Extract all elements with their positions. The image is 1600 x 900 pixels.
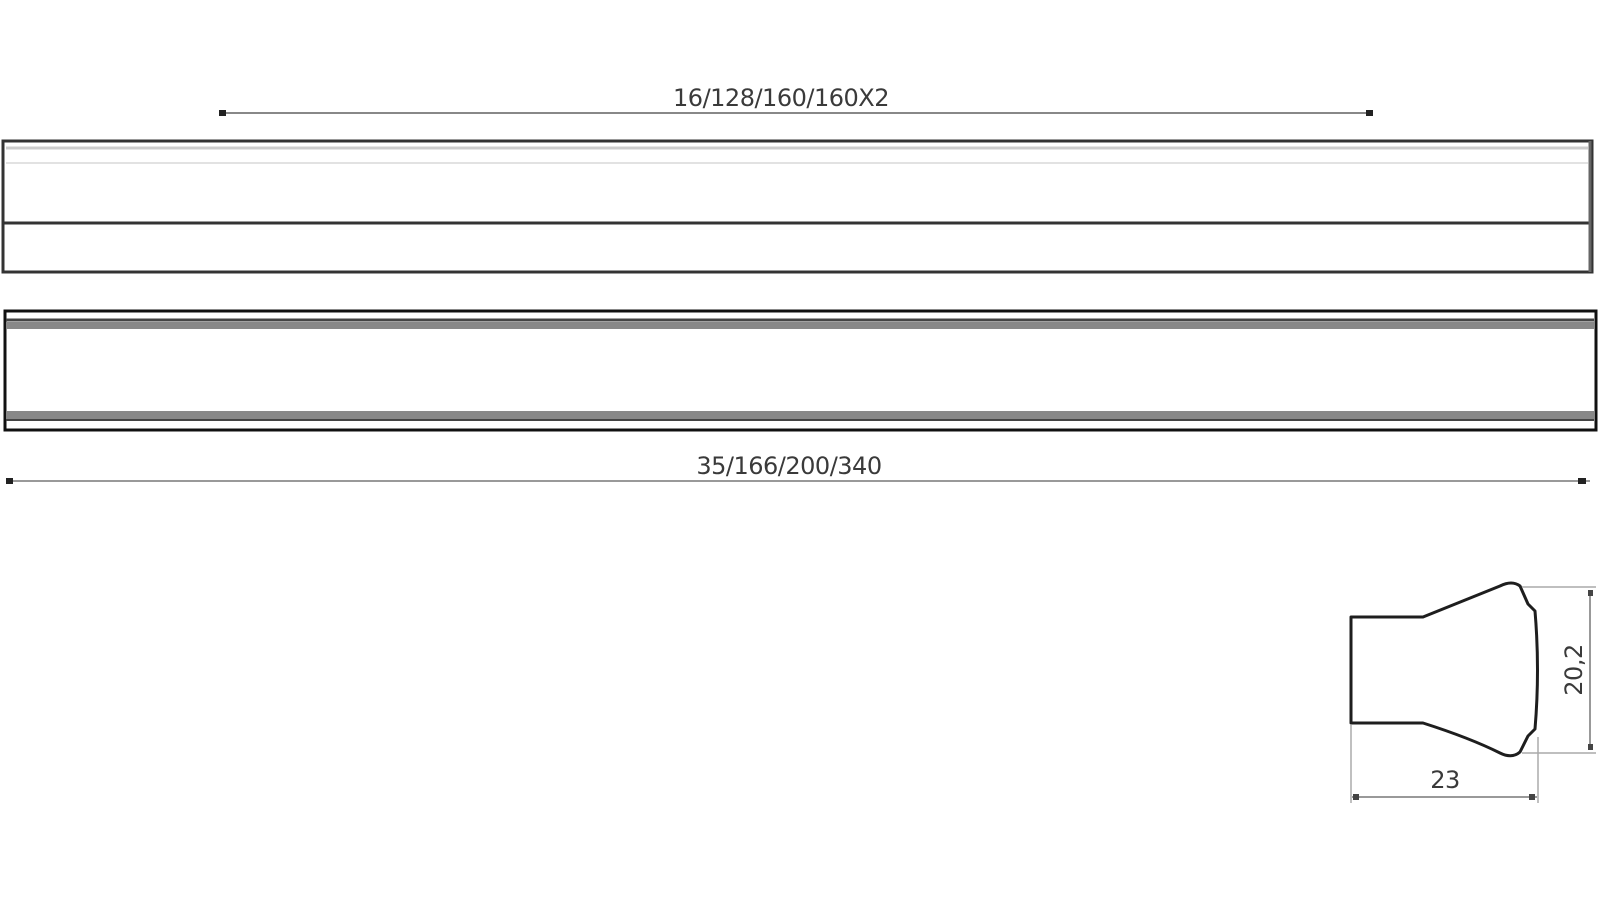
- dimension-tick-left: [1353, 794, 1359, 800]
- dimension-tick-right: [1366, 110, 1373, 116]
- overall-length-dimension: 35/166/200/340: [6, 452, 1590, 484]
- top-view: [3, 141, 1592, 272]
- dimension-tick-right: [1578, 478, 1586, 484]
- profile-width-label: 23: [1430, 766, 1460, 794]
- dimension-tick-left: [219, 110, 226, 116]
- end-profile-view: 20,2 23: [1351, 583, 1596, 803]
- overall-length-label: 35/166/200/340: [696, 452, 881, 480]
- dimension-tick-left: [6, 478, 13, 484]
- profile-height-label: 20,2: [1560, 644, 1588, 695]
- hole-spacing-dimension: 16/128/160/160X2: [219, 84, 1373, 116]
- front-view: [5, 311, 1596, 430]
- hole-spacing-label: 16/128/160/160X2: [673, 84, 889, 112]
- technical-drawing: 16/128/160/160X2 35/166/200/340 20,2: [0, 0, 1600, 900]
- dimension-tick-right: [1529, 794, 1535, 800]
- dimension-tick-top: [1588, 590, 1593, 596]
- dimension-tick-bottom: [1588, 744, 1593, 750]
